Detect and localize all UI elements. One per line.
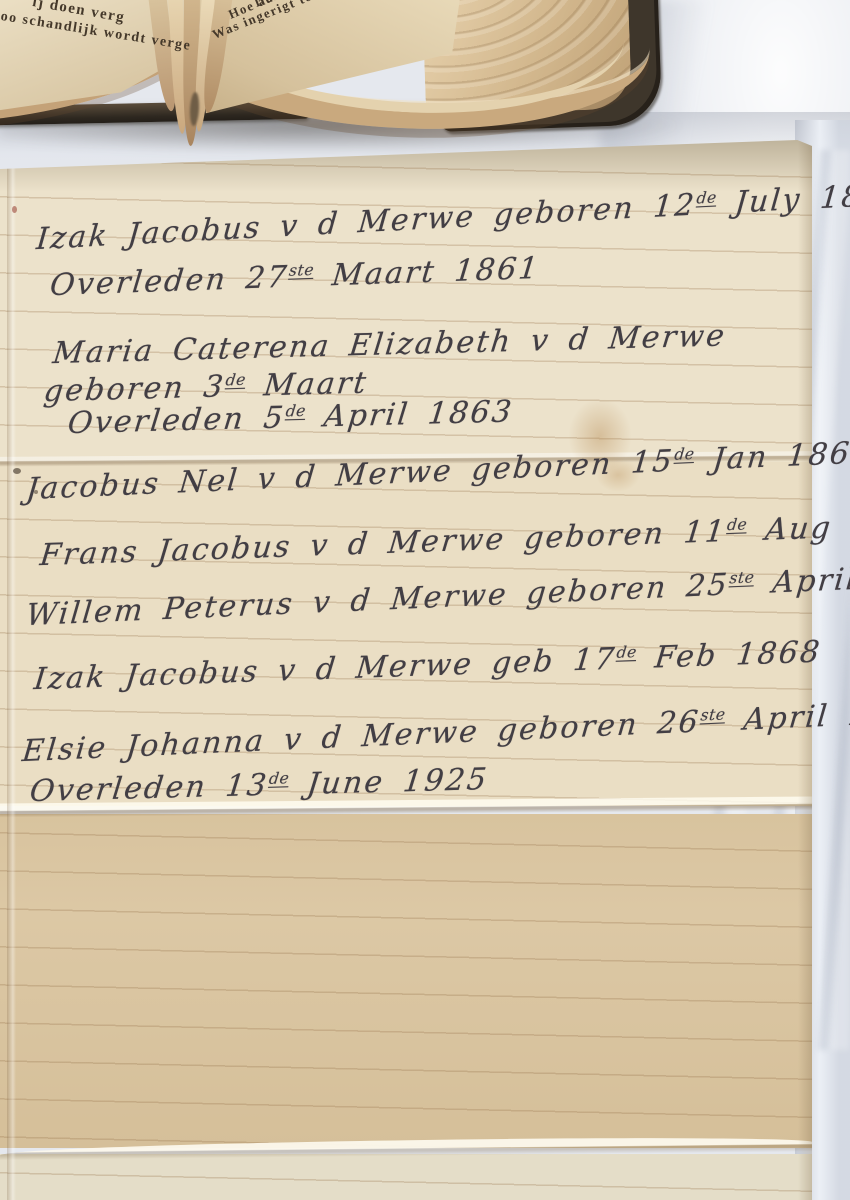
paper-speck — [34, 490, 38, 494]
paper-top-section — [0, 140, 812, 462]
paper-speck — [13, 468, 21, 474]
document-paper — [0, 140, 812, 1200]
ruled-lines — [0, 814, 812, 1148]
paper-right-edge-shade — [798, 140, 812, 1200]
paper-tan-section — [0, 814, 812, 1148]
paper-bottom-section — [0, 1154, 812, 1200]
paper-middle-section — [0, 462, 812, 806]
vertical-left-crease — [7, 140, 16, 1200]
paper-stain-small — [596, 458, 640, 492]
paper-speck — [12, 206, 17, 213]
ruled-lines — [0, 462, 812, 806]
photo-scene: ij doen vergoo schandlijk wordt vergeDeH… — [0, 0, 850, 1200]
ruled-lines — [0, 140, 812, 462]
ruled-lines — [0, 1154, 812, 1200]
